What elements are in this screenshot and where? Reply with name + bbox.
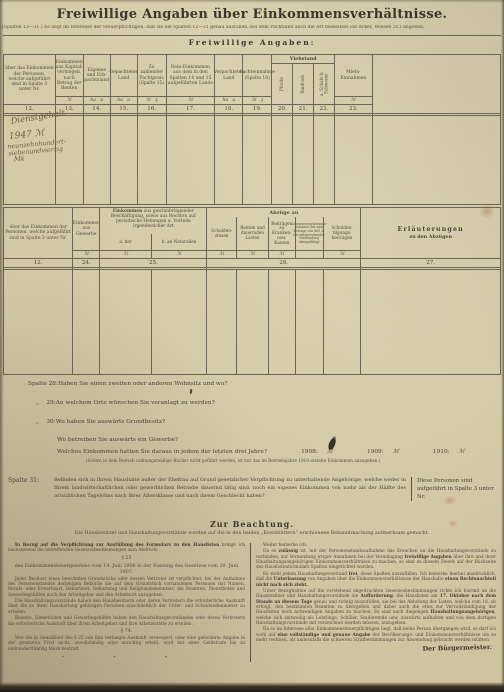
column-unit: ℳ: [73, 250, 99, 258]
notice-right-column: Weiter bemerke ich: Da es zulässig ist, …: [250, 543, 496, 662]
column-12: über das Einkommen der Personen, welche …: [4, 208, 73, 374]
question-text: An welchem Orte wünschen Sie veranlagt z…: [56, 400, 215, 406]
column-number: 25.: [100, 258, 206, 270]
column-header: Einkommen aus Kapital-vermögen, nach Bet…: [56, 55, 83, 96]
column-20: Pferde 20.: [272, 64, 293, 204]
margin-note: Diese Personen sind aufgeführt in Spalte…: [417, 477, 497, 501]
subcolumn-unit: ℳ: [100, 250, 151, 258]
notice-left-column: In Bezug auf die Verpflichtung zur Ausfü…: [8, 543, 250, 662]
subcolumn-renten: Renten und dauernden Lasten ℳ: [237, 217, 269, 258]
subcolumn-unit: ℳ: [324, 250, 361, 258]
column-header: Zu zahlender Pachtpreis (Spalte 15): [138, 55, 166, 96]
column-body-cell: [296, 270, 324, 374]
question-31: Spalte 31: Befinden sich in Ihrem Hausha…: [8, 477, 500, 501]
subcolumn-tilgung: Schulden-tilgungs-beiträgen ℳ: [324, 217, 361, 258]
section-subtitle: des Einkommensteuergesetzes vom 19. Juni…: [8, 564, 245, 576]
subcolumn-25a: a. bar ℳ: [100, 234, 152, 258]
subcolumn-versicherung: Lebensversicherungs-prämien (bis zum Bet…: [296, 217, 324, 258]
column-15: Gepachtetes Land ha a 15.: [111, 55, 138, 204]
column-unit: ℳ ₰: [243, 96, 271, 104]
group-subcolumns: a. bar ℳ b. an Naturalien ℳ: [100, 234, 206, 258]
ink-speck: [190, 389, 193, 394]
divider: [411, 477, 412, 501]
column-header: Pachteinnahme (Spalte 18): [243, 55, 271, 96]
column-group-26: Abzüge an Schulden-zinsen ℳ Renten und d…: [207, 208, 361, 374]
scan-edge-left: [0, 0, 4, 692]
question-prefix: Spalte 31:: [8, 477, 54, 501]
paragraph: Unter Bezugnahme auf die vorstehend abge…: [256, 589, 496, 627]
divider: [3, 35, 501, 36]
paragraph: Beamte, Dienstboten und Gewerbegehilfen …: [8, 616, 245, 627]
subcolumn-unit: ℳ: [152, 250, 206, 258]
column-number: 12.: [4, 258, 72, 270]
column-number: 22.: [314, 104, 334, 116]
column-unit: ha a: [215, 96, 242, 104]
column-number: 27.: [361, 258, 500, 270]
column-unit: ℳ: [335, 96, 372, 104]
question-text: Welches Einkommen hatten Sie daraus in j…: [57, 449, 267, 455]
group-body: [207, 270, 360, 374]
livestock-column-group: Viehstand Pferde 20. Rindvieh 21. a. Sch…: [272, 55, 335, 204]
subcolumn-schuldenzinsen: Schulden-zinsen ℳ: [207, 217, 237, 258]
asterisk-divider: * * *: [8, 656, 245, 661]
column-header: Einkommen aus Gewerbe: [73, 208, 99, 250]
paragraph: In Bezug auf die Verpflichtung zur Ausfü…: [8, 543, 245, 554]
question-text: Haben Sie einen zweiten oder anderen Woh…: [58, 381, 228, 387]
question-income-years: Welches Einkommen hatten Sie daraus in j…: [57, 449, 465, 455]
column-number: 15.: [111, 104, 137, 116]
column-unit: ℳ ₰: [138, 96, 166, 104]
mark-unit: ℳ: [459, 449, 465, 455]
paragraph: Weiter bemerke ich:: [256, 543, 496, 548]
column-23: Miets-Einnahmen ℳ 23.: [335, 55, 373, 204]
form-title: Freiwillige Angaben über Einkommensverhä…: [0, 7, 504, 22]
subcolumn-unit: ℳ: [237, 250, 268, 258]
column-number: 17.: [167, 104, 215, 116]
subcolumn-header: b. an Naturalien: [152, 234, 206, 250]
column-header-line1: Erläuterungen: [398, 226, 464, 233]
column-header: Rein-Einkommen aus dem in den Spalten 14…: [167, 55, 215, 96]
column-unit: ha a: [111, 96, 137, 104]
paragraph: Jeder Besitzer eines bewohnten Grundstüc…: [8, 577, 245, 598]
question-prefix: „ 30:: [36, 419, 56, 425]
column-body-cell: [215, 116, 242, 204]
subcolumn-25b: b. an Naturalien ℳ: [152, 234, 206, 258]
empty-unit: [373, 96, 500, 104]
column-body-cell: [314, 116, 334, 204]
subcolumn-header: Renten und dauernden Lasten: [237, 217, 268, 250]
column-number: 16.: [138, 104, 166, 116]
column-number: 19.: [243, 104, 271, 116]
column-number: 21.: [293, 104, 313, 116]
subcolumn-unit: ℳ: [207, 250, 236, 258]
column-22: a. Schafe b. Schweine 22.: [314, 64, 334, 204]
column-header: a. Schafe b. Schweine: [320, 64, 329, 104]
column-header: Miets-Einnahmen: [335, 55, 372, 96]
column-body-cell: [324, 270, 361, 374]
question-text: Befinden sich in Ihrem Haushalte außer d…: [54, 477, 406, 501]
vertical-label: a. Schafe b. Schweine: [314, 64, 334, 104]
column-21: Rindvieh 21.: [293, 64, 314, 204]
vertical-label: Pferde: [272, 64, 292, 104]
handwritten-entry: Dienstgehalt 1947 ℳ neunzehnhundert- sie…: [6, 110, 88, 164]
column-header: Gepachtetes Land: [111, 55, 137, 96]
column-body-cell: [361, 270, 500, 374]
column-17: Rein-Einkommen aus dem in den Spalten 14…: [167, 55, 216, 204]
question-28: Spalte 28:Haben Sie einen zweiten oder a…: [28, 381, 227, 387]
group-subcolumns: Schulden-zinsen ℳ Renten und dauernden L…: [207, 217, 360, 258]
scanned-form-page: Freiwillige Angaben über Einkommensverhä…: [0, 0, 504, 692]
subcolumn-unit: ℳ: [269, 250, 295, 258]
column-body-cell: [373, 116, 500, 204]
red-pencil-mark: [448, 520, 458, 527]
column-body-cell: [4, 270, 72, 374]
group-subcolumns: Pferde 20. Rindvieh 21. a. Schafe b. Sch…: [272, 64, 334, 204]
group-header: Viehstand: [272, 55, 334, 64]
group-header: Abzüge an: [207, 208, 360, 217]
column-header: Rindvieh: [301, 75, 305, 94]
notice-intro: Die Hausbesitzer und Haushaltungsvorstän…: [0, 531, 504, 536]
subcolumn-header: a. bar: [100, 234, 151, 250]
column-number: 20.: [272, 104, 292, 116]
section-sign: § 74.: [8, 629, 245, 635]
column-27: Erläuterungen zu den Abzügen 27.: [361, 208, 500, 374]
subcolumn-header: Schulden-zinsen: [207, 217, 236, 250]
column-header: Eigenes und Erb-pachtsland: [84, 55, 110, 96]
column-body-cell: [237, 270, 269, 374]
vertical-label: Rindvieh: [293, 64, 313, 104]
subcolumn-unit: [296, 250, 323, 258]
column-unit: ℳ: [56, 96, 83, 104]
empty-header: [373, 55, 500, 96]
column-header: über das Einkommen der Personen, welche …: [4, 55, 55, 104]
notice-columns: In Bezug auf die Verpflichtung zur Ausfü…: [8, 543, 496, 662]
question-footnote: (Sofern in dem Betrieb ordnungsmäßige Bü…: [86, 458, 380, 463]
paper-stain: [479, 203, 495, 219]
column-body-cell: [73, 270, 99, 374]
question-30: „ 30:Wo haben Sie auswärts Grundbesitz?: [36, 419, 165, 425]
empty-number: [373, 104, 500, 116]
year-1910: 1910:: [433, 449, 450, 455]
signature: Der Bürgermeister.: [256, 643, 496, 657]
subcolumn-header: Lebensversicherungs-prämien (bis zum Bet…: [296, 217, 323, 250]
income-table-lower: über das Einkommen der Personen, welche …: [3, 207, 501, 375]
subcolumn-header: Schulden-tilgungs-beiträgen: [324, 217, 361, 250]
column-body-cell: [272, 116, 292, 204]
column-body-cell: [293, 116, 313, 204]
year-1908: 1908:: [301, 449, 318, 455]
group-body: [100, 270, 206, 374]
year-1909: 1909:: [367, 449, 384, 455]
column-body-cell: [207, 270, 237, 374]
column-unit: ℳ: [167, 96, 215, 104]
blank-margin-column: [373, 55, 500, 204]
column-body-cell: [111, 116, 137, 204]
column-body-cell: [269, 270, 296, 374]
column-16: Zu zahlender Pachtpreis (Spalte 15) ℳ ₰ …: [138, 55, 167, 204]
column-body-cell: [335, 116, 372, 204]
column-group-25: Einkommen aus gewinnbringender Beschäfti…: [100, 208, 207, 374]
column-body-cell: [167, 116, 215, 204]
form-subtitle: (Spalten 12—31.) Es liegt im Interesse d…: [2, 25, 504, 30]
paragraph: Da es zulässig ist, mit der Personenstan…: [256, 549, 496, 570]
paragraph: Da es im Interesse aller Einkommensteuer…: [256, 627, 496, 643]
column-14: Eigenes und Erb-pachtsland ha a 14.: [84, 55, 111, 204]
column-header-line2: zu den Abzügen: [409, 235, 452, 241]
mark-unit: ℳ: [393, 449, 399, 455]
column-number: 18.: [215, 104, 242, 116]
column-number: 26.: [207, 258, 360, 270]
paragraph: Die Haushaltungsvorstände haben den Haus…: [8, 599, 245, 615]
paragraph: Es steht jedem Haushaltungsvorstand frei…: [256, 572, 496, 588]
column-body-cell: [152, 270, 206, 374]
column-header: über das Einkommen der Personen, welche …: [4, 208, 72, 258]
column-body-cell: [243, 116, 271, 204]
question-29: „ 29:An welchem Orte wünschen Sie veranl…: [36, 400, 215, 406]
question-text: Wo haben Sie auswärts Grundbesitz?: [56, 419, 165, 425]
column-number: 24.: [73, 258, 99, 270]
column-header: Pferde: [280, 77, 284, 91]
red-pencil-mark: [442, 494, 458, 506]
column-unit: ha a: [84, 96, 110, 104]
column-header: Verpachtetes Land: [215, 55, 242, 96]
section-sign: § 25: [8, 556, 245, 562]
notice-heading: Zur Beachtung.: [0, 519, 504, 529]
section-header: Freiwillige Angaben:: [0, 38, 504, 47]
scan-edge-bottom: [0, 682, 504, 692]
column-number: 14.: [84, 104, 110, 116]
scan-edge-top: [0, 0, 504, 3]
column-body-cell: [138, 116, 166, 204]
column-number: 23.: [335, 104, 372, 116]
question-prefix: „ 29:: [36, 400, 56, 406]
column-header: Erläuterungen zu den Abzügen: [361, 208, 500, 258]
column-body-cell: [100, 270, 152, 374]
group-header: Einkommen aus gewinnbringender Beschäfti…: [100, 208, 206, 234]
question-prefix: Spalte 28:: [28, 381, 58, 387]
question-30b: Wo betreiben Sie auswärts ein Gewerbe?: [57, 437, 178, 443]
column-24: Einkommen aus Gewerbe ℳ 24.: [73, 208, 100, 374]
column-19: Pachteinnahme (Spalte 18) ℳ ₰ 19.: [243, 55, 272, 204]
paragraph: Wer die in Gemäßheit des § 25 von ihm ve…: [8, 636, 245, 652]
